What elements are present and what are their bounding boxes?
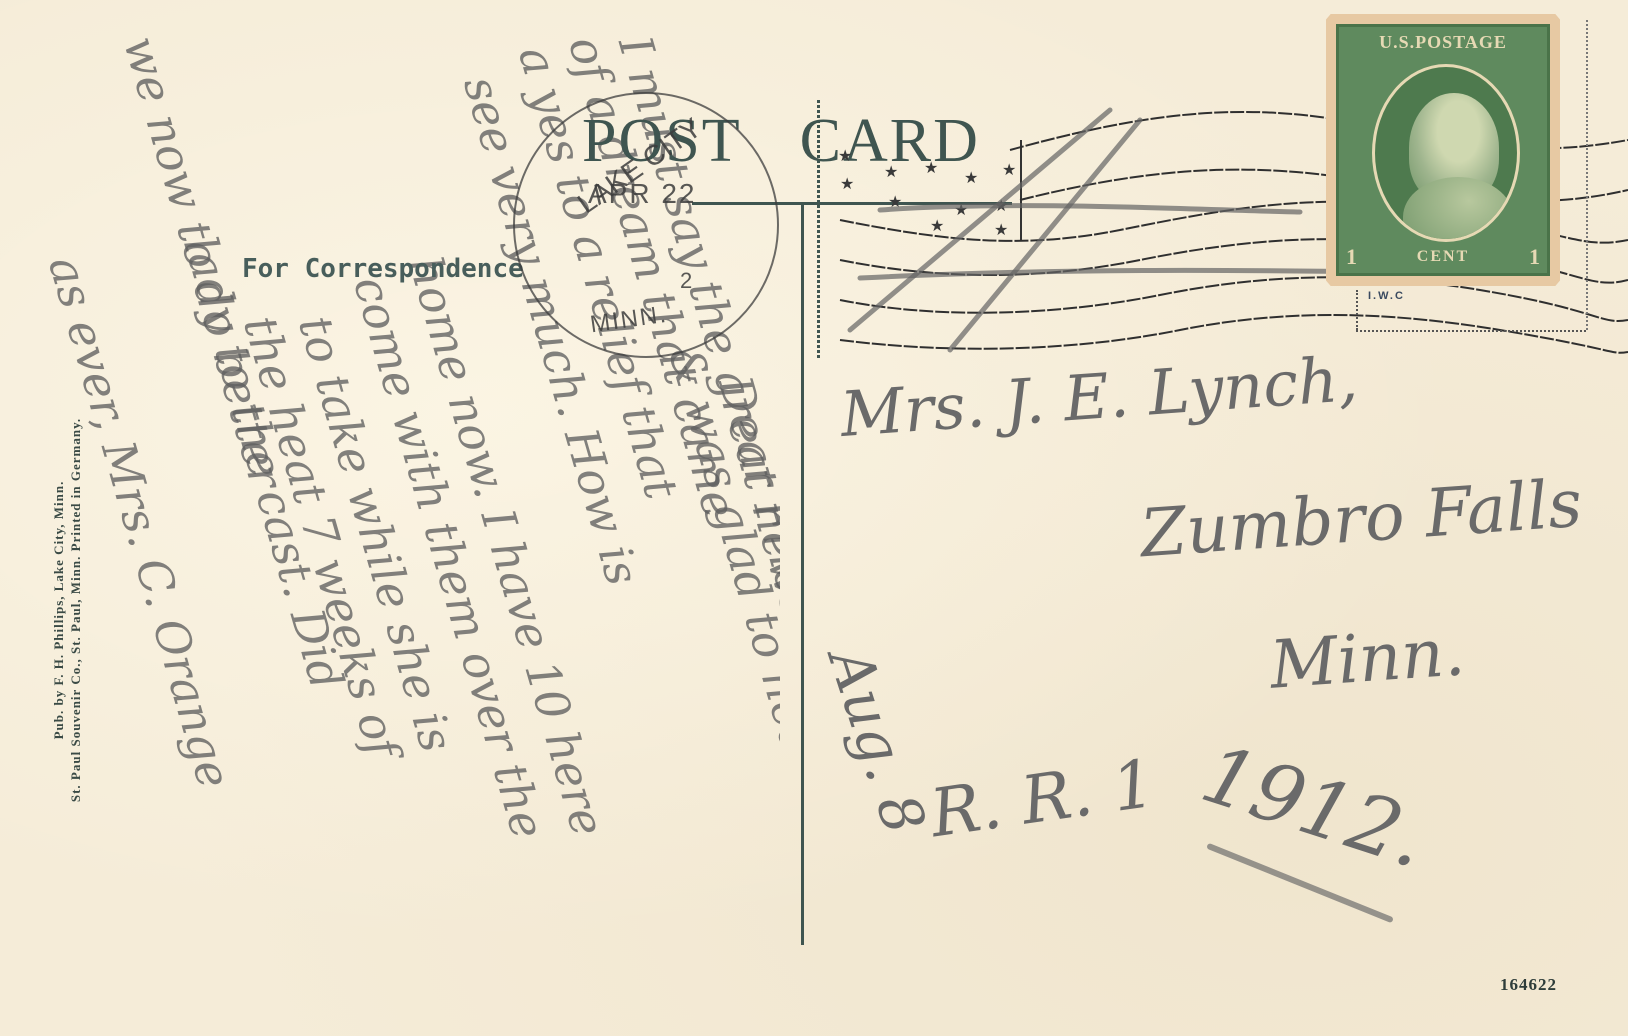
date-year: 1912. — [1191, 727, 1438, 886]
address-state: Minn. — [1268, 613, 1468, 703]
stamp-denomination: 1 CENT 1 — [1336, 244, 1550, 270]
stamp-imprint: I.W.C — [1368, 290, 1405, 302]
stamp-box-border — [1586, 20, 1588, 330]
washington-portrait — [1372, 64, 1520, 242]
address-route: R. R. 1 — [926, 745, 1160, 853]
stamp-box-border — [1356, 290, 1358, 330]
publisher-line-2: St. Paul Souvenir Co., St. Paul, Minn. P… — [67, 210, 84, 1010]
postcard-back: Dear Friend received yours & was glad to… — [0, 0, 1628, 1036]
publisher-line-1: Pub. by F. H. Phillips, Lake City, Minn. — [50, 210, 67, 1010]
postmark-date: APR 22 — [588, 178, 697, 210]
postage-stamp: U.S.POSTAGE 1 CENT 1 — [1326, 14, 1560, 286]
publisher-imprint: Pub. by F. H. Phillips, Lake City, Minn.… — [50, 210, 84, 1010]
stamp-top-text: U.S.POSTAGE — [1336, 32, 1550, 53]
divider-vertical — [801, 205, 804, 945]
postmark-time: 2 — [680, 268, 692, 294]
correspondence-label: For Correspondence — [242, 254, 524, 284]
stamp-face: U.S.POSTAGE 1 CENT 1 — [1336, 24, 1550, 276]
serial-number: 164622 — [1500, 975, 1557, 995]
date-note: Aug. 8 — [815, 640, 938, 842]
stamp-box-border — [1356, 330, 1586, 332]
address-town: Zumbro Falls — [1138, 465, 1585, 573]
